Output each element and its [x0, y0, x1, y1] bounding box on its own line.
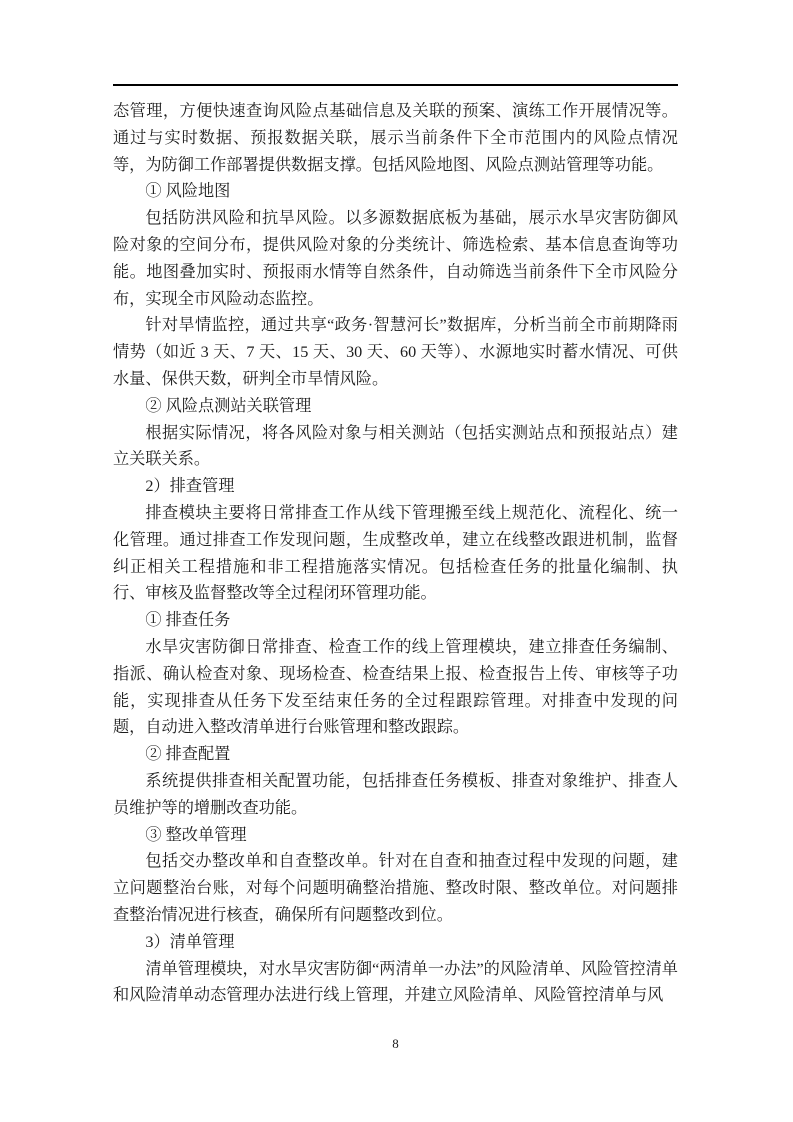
- section-heading: ③ 整改单管理: [113, 822, 678, 849]
- paragraph: 根据实际情况，将各风险对象与相关测站（包括实测站点和预报站点）建立关联关系。: [113, 420, 678, 474]
- paragraph: 水旱灾害防御日常排查、检查工作的线上管理模块，建立排查任务编制、指派、确认检查对…: [113, 634, 678, 741]
- paragraph: 包括交办整改单和自查整改单。针对在自查和抽查过程中发现的问题，建立问题整治台账，…: [113, 848, 678, 928]
- section-heading: 2）排查管理: [113, 473, 678, 500]
- section-heading: ② 排查配置: [113, 741, 678, 768]
- section-heading: ② 风险点测站关联管理: [113, 393, 678, 420]
- paragraph: 包括防洪风险和抗旱风险。以多源数据底板为基础，展示水旱灾害防御风险对象的空间分布…: [113, 205, 678, 312]
- paragraph: 清单管理模块，对水旱灾害防御“两清单一办法”的风险清单、风险管控清单和风险清单动…: [113, 956, 678, 1010]
- header-rule: [113, 84, 678, 86]
- page-number: 8: [113, 1036, 678, 1052]
- paragraph: 排查模块主要将日常排查工作从线下管理搬至线上规范化、流程化、统一化管理。通过排查…: [113, 500, 678, 607]
- paragraph: 系统提供排查相关配置功能，包括排查任务模板、排查对象维护、排查人员维护等的增删改…: [113, 768, 678, 822]
- section-heading: ① 风险地图: [113, 178, 678, 205]
- document-page: 态管理，方便快速查询风险点基础信息及关联的预案、演练工作开展情况等。通过与实时数…: [0, 0, 793, 1122]
- section-heading: ① 排查任务: [113, 607, 678, 634]
- paragraph: 态管理，方便快速查询风险点基础信息及关联的预案、演练工作开展情况等。通过与实时数…: [113, 98, 678, 178]
- document-body: 态管理，方便快速查询风险点基础信息及关联的预案、演练工作开展情况等。通过与实时数…: [113, 98, 678, 1009]
- paragraph: 针对旱情监控，通过共享“政务·智慧河长”数据库，分析当前全市前期降雨情势（如近 …: [113, 312, 678, 392]
- section-heading: 3）清单管理: [113, 929, 678, 956]
